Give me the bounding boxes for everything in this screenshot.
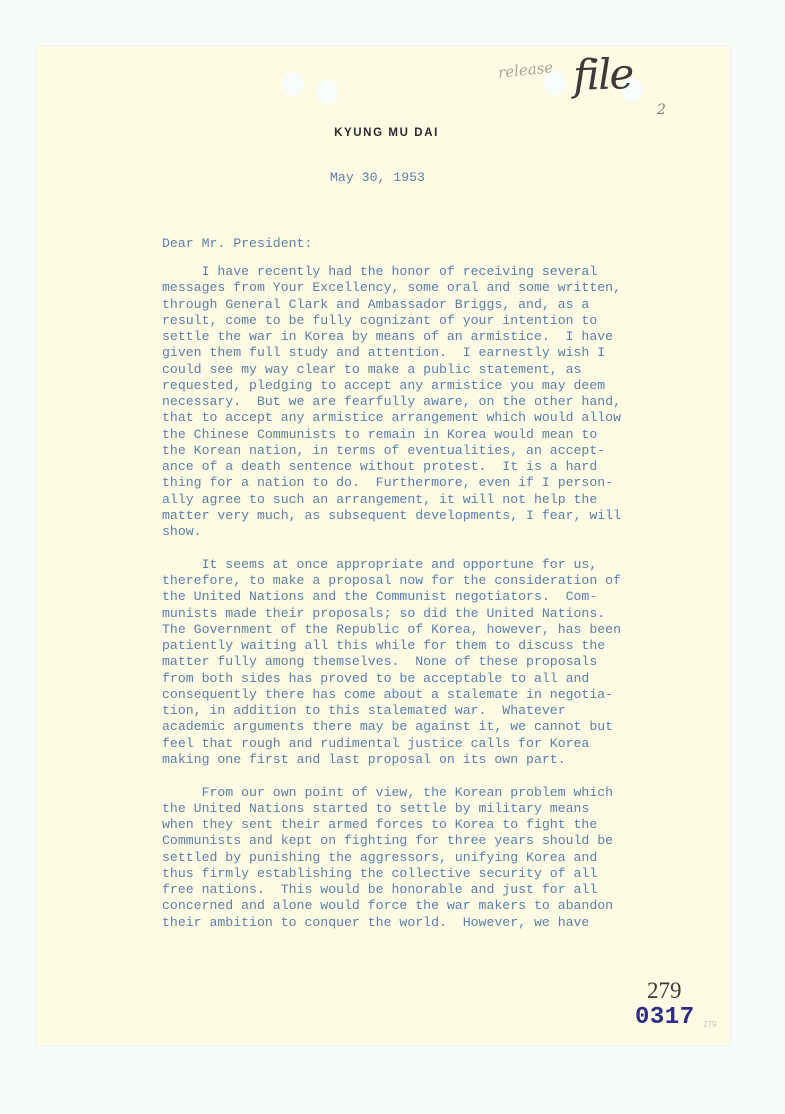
- text-line: ally agree to such an arrangement, it wi…: [162, 492, 722, 508]
- text-line: the United Nations started to settle by …: [162, 801, 722, 817]
- text-line: concerned and alone would force the war …: [162, 898, 722, 914]
- text-line: I have recently had the honor of receivi…: [162, 264, 722, 280]
- text-line: academic arguments there may be against …: [162, 719, 722, 735]
- text-line: ance of a death sentence without protest…: [162, 459, 722, 475]
- text-line: matter fully among themselves. None of t…: [162, 654, 722, 670]
- text-line: munists made their proposals; so did the…: [162, 606, 722, 622]
- text-line: could see my way clear to make a public …: [162, 362, 722, 378]
- faint-page-mark: 279: [703, 1020, 716, 1029]
- text-line: requested, pledging to accept any armist…: [162, 378, 722, 394]
- archive-stamp-number: 0317: [635, 1004, 695, 1031]
- text-line: given them full study and attention. I e…: [162, 345, 722, 361]
- text-line: feel that rough and rudimental justice c…: [162, 736, 722, 752]
- paragraph-2: It seems at once appropriate and opportu…: [162, 557, 722, 768]
- text-line: consequently there has come about a stal…: [162, 687, 722, 703]
- letter-page: release file 2 KYUNG MU DAI May 30, 1953…: [37, 46, 730, 1045]
- text-line: through General Clark and Ambassador Bri…: [162, 297, 722, 313]
- page-number: 279: [647, 978, 682, 1004]
- text-line: matter very much, as subsequent developm…: [162, 508, 722, 524]
- handwritten-mark: 2: [657, 102, 666, 118]
- handwritten-file-note: file: [572, 49, 633, 100]
- text-line: settled by punishing the aggressors, uni…: [162, 850, 722, 866]
- text-line: free nations. This would be honorable an…: [162, 882, 722, 898]
- text-line: patiently waiting all this while for the…: [162, 638, 722, 654]
- salutation: Dear Mr. President:: [162, 236, 312, 251]
- text-line: messages from Your Excellency, some oral…: [162, 280, 722, 296]
- letter-body: I have recently had the honor of receivi…: [162, 264, 722, 947]
- text-line: the Korean nation, in terms of eventuali…: [162, 443, 722, 459]
- letter-date: May 30, 1953: [330, 170, 425, 185]
- text-line: tion, in addition to this stalemated war…: [162, 703, 722, 719]
- text-line: thus firmly establishing the collective …: [162, 866, 722, 882]
- paragraph-1: I have recently had the honor of receivi…: [162, 264, 722, 540]
- text-line: necessary. But we are fearfully aware, o…: [162, 394, 722, 410]
- text-line: making one first and last proposal on it…: [162, 752, 722, 768]
- letterhead: KYUNG MU DAI: [37, 127, 730, 139]
- text-line: The Government of the Republic of Korea,…: [162, 622, 722, 638]
- text-line: show.: [162, 524, 722, 540]
- punch-hole: [282, 72, 304, 96]
- text-line: It seems at once appropriate and opportu…: [162, 557, 722, 573]
- text-line: therefore, to make a proposal now for th…: [162, 573, 722, 589]
- text-line: the United Nations and the Communist neg…: [162, 589, 722, 605]
- text-line: thing for a nation to do. Furthermore, e…: [162, 475, 722, 491]
- text-line: From our own point of view, the Korean p…: [162, 785, 722, 801]
- text-line: Communists and kept on fighting for thre…: [162, 833, 722, 849]
- text-line: settle the war in Korea by means of an a…: [162, 329, 722, 345]
- text-line: when they sent their armed forces to Kor…: [162, 817, 722, 833]
- text-line: the Chinese Communists to remain in Kore…: [162, 427, 722, 443]
- text-line: their ambition to conquer the world. How…: [162, 915, 722, 931]
- text-line: that to accept any armistice arrangement…: [162, 410, 722, 426]
- paragraph-3: From our own point of view, the Korean p…: [162, 785, 722, 931]
- text-line: from both sides has proved to be accepta…: [162, 671, 722, 687]
- punch-hole: [316, 80, 338, 104]
- text-line: result, come to be fully cognizant of yo…: [162, 313, 722, 329]
